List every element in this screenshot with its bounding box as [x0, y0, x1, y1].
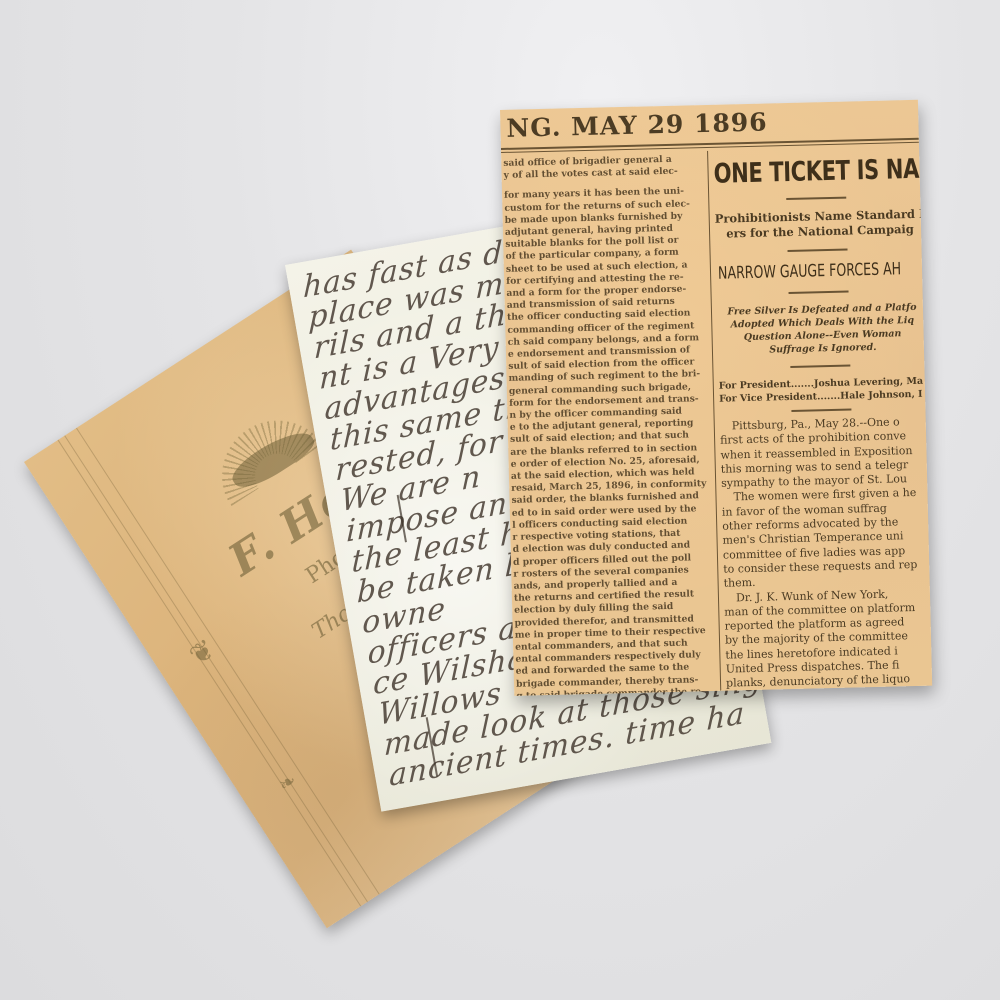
newspaper-clipping: NG. MAY 29 1896 said office of brigadier…	[500, 100, 932, 696]
headline-rule	[786, 197, 846, 200]
left-column-text: said office of brigadier general ay of a…	[503, 153, 716, 696]
article-deck: Prohibitionists Name Standard B ers for …	[715, 207, 926, 242]
article-headline: ONE TICKET IS NAM	[713, 154, 893, 189]
article-subdeck: Free Silver Is Defeated and a Platfo Ado…	[717, 301, 928, 358]
headline-rule	[789, 291, 849, 294]
article-subhead: NARROW GAUGE FORCES AH	[718, 260, 887, 284]
ticket-listing: For President.......Joshua Levering, Ma …	[719, 374, 933, 406]
headline-rule	[790, 365, 850, 368]
newspaper-dateline: NG. MAY 29 1896	[506, 107, 768, 142]
headline-rule	[791, 409, 851, 412]
article-column: ONE TICKET IS NAM Prohibitionists Name S…	[713, 145, 932, 690]
headline-rule	[788, 249, 848, 252]
article-body: Pittsburg, Pa., May 28.--One ofirst acts…	[720, 414, 933, 696]
